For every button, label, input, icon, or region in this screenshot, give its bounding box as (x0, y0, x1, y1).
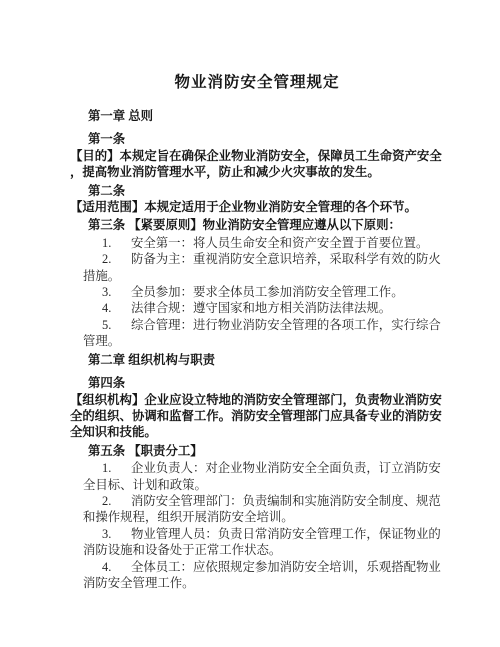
article-heading: 第一条 (70, 131, 444, 147)
list-item-text: 综合管理：进行物业消防安全管理的各项工作，实行综合 管理。 (83, 318, 441, 348)
list-item: 4.全体员工：应依照规定参加消防安全培训，乐观搭配物业 消防安全管理工作。 (70, 559, 444, 592)
paragraph: 【目的】本规定旨在确保企业物业消防安全，保障员工生命资产安全 ，提高物业消防管理… (70, 148, 444, 181)
list-item-text: 全体员工：应依照规定参加消防安全培训，乐观搭配物业 消防安全管理工作。 (83, 560, 441, 590)
paragraph: 【组织机构】企业应设立特地的消防安全管理部门，负责物业消防安 全的组织、协调和监… (70, 392, 444, 441)
list-item-text: 消防安全管理部门：负责编制和实施消防安全制度、规范 和操作规程，组织开展消防安全… (83, 494, 441, 524)
article-heading: 第四条 (70, 375, 444, 391)
list-item-text: 全员参加：要求全体员工参加消防安全管理工作。 (131, 285, 404, 299)
list-item-text: 安全第一：将人员生命安全和资产安全置于首要位置。 (131, 236, 428, 250)
chapter-heading: 第二章 组织机构与职责 (70, 352, 444, 368)
list-item-text: 防备为主：重视消防安全意识培养，采取科学有效的防火 措施。 (83, 252, 441, 282)
list-item: 2.消防安全管理部门：负责编制和实施消防安全制度、规范 和操作规程，组织开展消防… (70, 493, 444, 526)
list-item-number: 3. (102, 526, 131, 542)
list-item: 5.综合管理：进行物业消防安全管理的各项工作，实行综合 管理。 (70, 317, 444, 350)
list-item: 4.法律合规：遵守国家和地方相关消防法律法规。 (70, 300, 444, 316)
article-heading: 第五条 【职责分工】 (70, 443, 444, 459)
list-item-text: 法律合规：遵守国家和地方相关消防法律法规。 (131, 301, 391, 315)
list-item: 2.防备为主：重视消防安全意识培养，采取科学有效的防火 措施。 (70, 251, 444, 284)
list-item-number: 1. (102, 235, 131, 251)
list-item: 3.物业管理人员：负责日常消防安全管理工作，保证物业的 消防设施和设备处于正常工… (70, 526, 444, 559)
document-title: 物业消防安全管理规定 (70, 72, 444, 94)
list-item-text: 物业管理人员：负责日常消防安全管理工作，保证物业的 消防设施和设备处于正常工作状… (83, 527, 441, 557)
chapter-heading: 第一章 总则 (70, 108, 444, 124)
document-body: 第一章 总则第一条【目的】本规定旨在确保企业物业消防安全，保障员工生命资产安全 … (70, 108, 444, 591)
list-item-number: 4. (102, 559, 131, 575)
paragraph: 【适用范围】本规定适用于企业物业消防安全管理的各个环节。 (70, 199, 444, 215)
article-heading: 第二条 (70, 183, 444, 199)
list-item-number: 4. (102, 300, 131, 316)
list-item: 3.全员参加：要求全体员工参加消防安全管理工作。 (70, 284, 444, 300)
document-page: 物业消防安全管理规定 第一章 总则第一条【目的】本规定旨在确保企业物业消防安全，… (0, 0, 500, 647)
list-item-number: 5. (102, 317, 131, 333)
list-item-number: 2. (102, 251, 131, 267)
article-heading: 第三条 【紧要原则】物业消防安全管理应遵从以下原则： (70, 217, 444, 233)
list-item-number: 3. (102, 284, 131, 300)
regulation-list: 1.安全第一：将人员生命安全和资产安全置于首要位置。2.防备为主：重视消防安全意… (70, 235, 444, 350)
list-item-number: 1. (102, 460, 131, 476)
list-item-number: 2. (102, 493, 131, 509)
list-item-text: 企业负责人：对企业物业消防安全全面负责，订立消防安 全目标、计划和政策。 (83, 461, 441, 491)
regulation-list: 1.企业负责人：对企业物业消防安全全面负责，订立消防安 全目标、计划和政策。2.… (70, 460, 444, 591)
list-item: 1.安全第一：将人员生命安全和资产安全置于首要位置。 (70, 235, 444, 251)
list-item: 1.企业负责人：对企业物业消防安全全面负责，订立消防安 全目标、计划和政策。 (70, 460, 444, 493)
